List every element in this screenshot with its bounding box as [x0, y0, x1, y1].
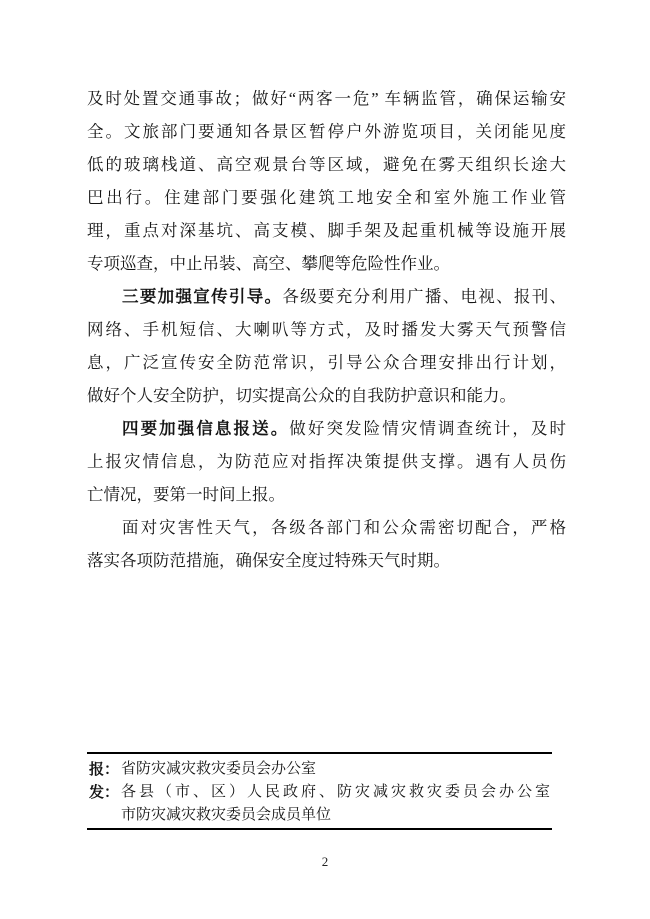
- colophon-report-row: 报： 省防灾减灾救灾委员会办公室: [87, 758, 552, 781]
- text-run: 各级要充分利用广播、电视、报刊、: [282, 287, 566, 306]
- paragraph-three: 三要加强宣传引导。各级要充分利用广播、电视、报刊、 网络、手机短信、大喇叭等方式…: [87, 280, 566, 412]
- section-lead: 四要加强信息报送。: [122, 420, 289, 438]
- paragraph-four: 四要加强信息报送。做好突发险情灾情调查统计，及时 上报灾情信息，为防范应对指挥决…: [87, 412, 566, 511]
- text-line: 专项巡查，中止吊装、高空、攀爬等危险性作业。: [87, 247, 566, 280]
- text-line: 落实各项防范措施，确保安全度过特殊天气时期。: [87, 544, 566, 577]
- colophon: 报： 省防灾减灾救灾委员会办公室 发： 各县（市、区）人民政府、防灾减灾救灾委员…: [87, 752, 552, 830]
- issue-recipient-line1: 各县（市、区）人民政府、防灾减灾救灾委员会办公室: [121, 781, 550, 804]
- paragraph-continuation: 及时处置交通事故；做好“两客一危” 车辆监管，确保运输安 全。文旅部门要通知各景…: [87, 82, 566, 280]
- text-line: 亡情况，要第一时间上报。: [87, 478, 566, 511]
- issue-label-spacer: [89, 804, 121, 827]
- text-run: 做好突发险情灾情调查统计，及时: [289, 419, 566, 438]
- paragraph-closing: 面对灾害性天气，各级各部门和公众需密切配合，严格 落实各项防范措施，确保安全度过…: [87, 511, 566, 577]
- text-line: 巴出行。住建部门要强化建筑工地安全和室外施工作业管: [87, 181, 566, 214]
- text-line: 网络、手机短信、大喇叭等方式，及时播发大雾天气预警信: [87, 313, 566, 346]
- document-page: 及时处置交通事故；做好“两客一危” 车辆监管，确保运输安 全。文旅部门要通知各景…: [0, 0, 650, 919]
- text-line: 理，重点对深基坑、高支模、脚手架及起重机械等设施开展: [87, 214, 566, 247]
- colophon-issue-row-2: 市防灾减灾救灾委员会成员单位: [87, 804, 552, 827]
- issue-recipient-line2: 市防灾减灾救灾委员会成员单位: [121, 804, 550, 827]
- text-line: 三要加强宣传引导。各级要充分利用广播、电视、报刊、: [87, 280, 566, 313]
- issue-label: 发：: [89, 781, 121, 804]
- report-label: 报：: [89, 758, 121, 781]
- text-line: 做好个人安全防护，切实提高公众的自我防护意识和能力。: [87, 379, 566, 412]
- text-line: 四要加强信息报送。做好突发险情灾情调查统计，及时: [87, 412, 566, 445]
- text-line: 上报灾情信息，为防范应对指挥决策提供支撑。遇有人员伤: [87, 445, 566, 478]
- document-body: 及时处置交通事故；做好“两客一危” 车辆监管，确保运输安 全。文旅部门要通知各景…: [87, 82, 566, 577]
- page-number: 2: [0, 854, 650, 869]
- text-line: 低的玻璃栈道、高空观景台等区域，避免在雾天组织长途大: [87, 148, 566, 181]
- section-lead: 三要加强宣传引导。: [122, 288, 282, 306]
- text-line: 息，广泛宣传安全防范常识，引导公众合理安排出行计划，: [87, 346, 566, 379]
- text-line: 及时处置交通事故；做好“两客一危” 车辆监管，确保运输安: [87, 82, 566, 115]
- text-line: 全。文旅部门要通知各景区暂停户外游览项目，关闭能见度: [87, 115, 566, 148]
- report-recipient: 省防灾减灾救灾委员会办公室: [121, 758, 550, 781]
- colophon-issue-row: 发： 各县（市、区）人民政府、防灾减灾救灾委员会办公室: [87, 781, 552, 804]
- text-line: 面对灾害性天气，各级各部门和公众需密切配合，严格: [87, 511, 566, 544]
